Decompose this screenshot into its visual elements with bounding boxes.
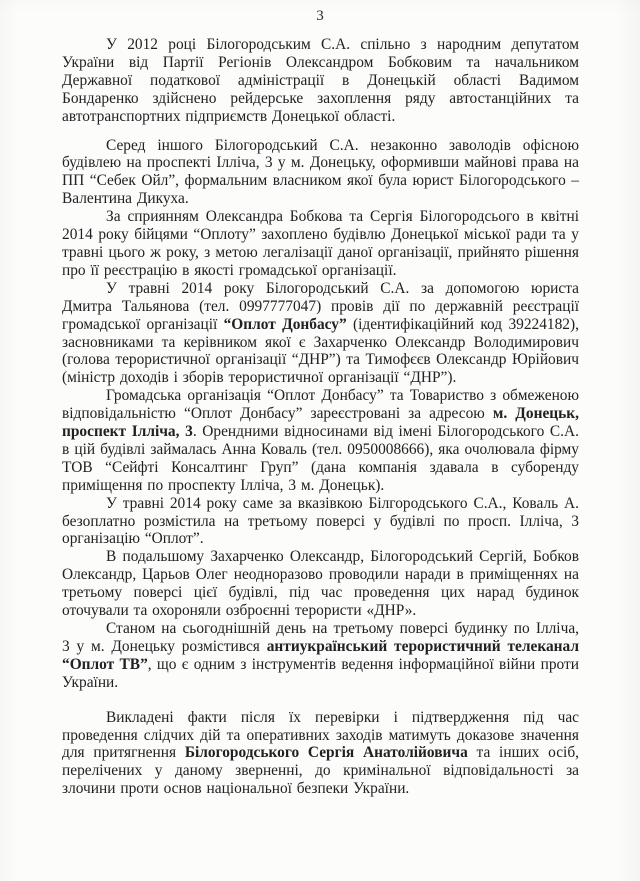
page-number: 3 [0,8,640,25]
paragraph: Станом на сьогоднішній день на третьому … [62,620,579,692]
paragraph: За сприянням Олександра Бобкова та Сергі… [62,208,579,280]
text-run: У травні 2014 року саме за вказівкою Біл… [62,495,579,548]
paragraph: Громадська організація “Оплот Донбасу” т… [62,387,579,494]
bold-text-run: “Оплот Донбасу” [224,316,347,333]
paragraph: У травні 2014 року саме за вказівкою Біл… [62,495,579,549]
paragraph: У травні 2014 року Білогородський С.А. з… [62,280,579,387]
document-body: У 2012 році Білогородським С.А. спільно … [62,36,579,798]
paragraph: В подальшому Захарченко Олександр, Білог… [62,548,579,620]
paragraph: Викладені факти після їх перевірки і під… [62,709,579,799]
paragraph: Серед іншого Білогородський С.А. незакон… [62,137,579,209]
bold-text-run: Білогородського Сергія Анатолійовича [185,744,468,761]
text-run: За сприянням Олександра Бобкова та Сергі… [62,208,579,279]
text-run: Серед іншого Білогородський С.А. незакон… [62,137,579,208]
text-run: В подальшому Захарченко Олександр, Білог… [62,548,579,619]
paragraph: У 2012 році Білогородським С.А. спільно … [62,36,579,126]
document-page: 3 У 2012 році Білогородським С.А. спільн… [0,0,640,881]
text-run: У 2012 році Білогородським С.А. спільно … [62,36,579,125]
